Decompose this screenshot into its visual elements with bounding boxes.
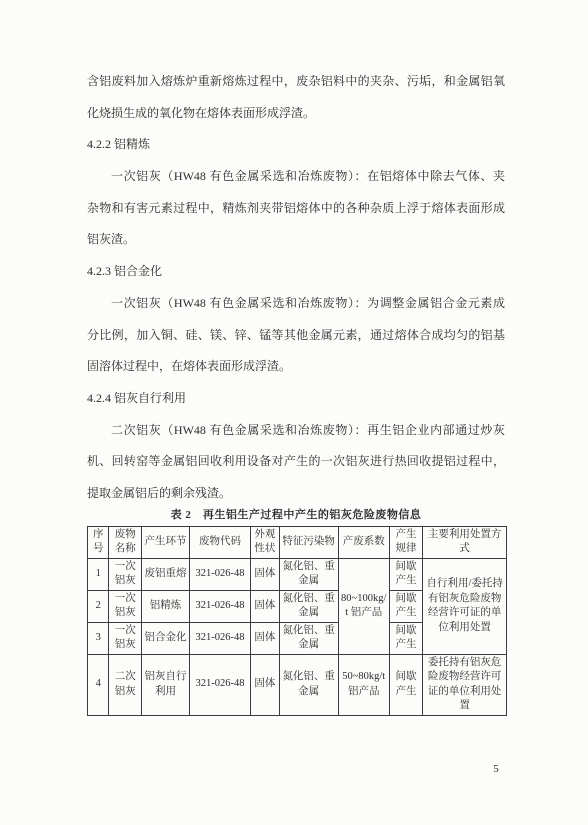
paragraph-line: 铝灰渣。 (87, 224, 505, 256)
table-cell: 固体 (251, 622, 280, 654)
table-cell: 321-026-48 (189, 558, 250, 590)
paragraph-line: 含铝废料加入熔炼炉重新熔炼过程中，废杂铝料中的夹杂、污垢，和金属铝氧 (87, 66, 505, 98)
table-cell: 321-026-48 (189, 590, 250, 622)
table-cell: 间歇产生 (389, 558, 423, 590)
table-cell: 321-026-48 (189, 622, 250, 654)
waste-info-table: 序 号 废物 名称 产生环节 废物代码 外观 性状 特征污染物 产废系数 产生 … (87, 526, 507, 716)
table-header-cell: 外观 性状 (251, 526, 280, 558)
table-cell-merged: 自行利用/委托持有铝灰危险废物经营许可证的单位利用处置 (423, 558, 507, 654)
table-cell: 固体 (251, 654, 280, 715)
table-cell: 间歇产生 (389, 590, 423, 622)
table-cell: 铝精炼 (142, 590, 190, 622)
paragraph-line: 提取金属铝后的剩余残渣。 (87, 478, 505, 510)
page-content: 含铝废料加入熔炼炉重新熔炼过程中，废杂铝料中的夹杂、污垢，和金属铝氧 化烧损生成… (87, 66, 505, 716)
table-cell: 一次铝灰 (109, 558, 142, 590)
table-cell: 间歇产生 (389, 622, 423, 654)
table-header-cell: 废物 名称 (109, 526, 142, 558)
paragraph-line: 一次铝灰（HW48 有色金属采选和冶炼废物）：为调整金属铝合金元素成 (87, 288, 505, 320)
document-page: 含铝废料加入熔炼炉重新熔炼过程中，废杂铝料中的夹杂、污垢，和金属铝氧 化烧损生成… (0, 0, 588, 825)
table-header-cell: 废物代码 (189, 526, 250, 558)
table-cell: 一次铝灰 (109, 590, 142, 622)
table-cell: 二次铝灰 (109, 654, 142, 715)
paragraph-line: 机、回转窑等金属铝回收利用设备对产生的一次铝灰进行热回收提铝过程中， (87, 446, 505, 478)
table-cell: 固体 (251, 558, 280, 590)
table-header-cell: 主要利用处置方式 (423, 526, 507, 558)
table-cell: 321-026-48 (189, 654, 250, 715)
section-heading-4-2-2: 4.2.2 铝精炼 (87, 129, 505, 161)
section-heading-4-2-3: 4.2.3 铝合金化 (87, 256, 505, 288)
table-cell: 2 (88, 590, 109, 622)
paragraph-line: 分比例，加入铜、硅、镁、锌、锰等其他金属元素，通过熔体合成均匀的铝基 (87, 320, 505, 352)
paragraph-line: 化烧损生成的氧化物在熔体表面形成浮渣。 (87, 98, 505, 130)
table-header-cell: 产废系数 (338, 526, 389, 558)
table-cell: 间歇产生 (389, 654, 423, 715)
paragraph-line: 杂物和有害元素过程中，精炼剂夹带铝熔体中的各种杂质上浮于熔体表面形成 (87, 193, 505, 225)
page-number: 5 (476, 763, 516, 775)
section-heading-4-2-4: 4.2.4 铝灰自行利用 (87, 383, 505, 415)
table-header-cell: 产生 规律 (389, 526, 423, 558)
table-cell: 氮化铝、重金属 (279, 654, 338, 715)
table-header-row: 序 号 废物 名称 产生环节 废物代码 外观 性状 特征污染物 产废系数 产生 … (88, 526, 507, 558)
table-caption: 表 2 再生铝生产过程中产生的铝灰危险废物信息 (87, 508, 505, 522)
table-row: 1 一次铝灰 废铝重熔 321-026-48 固体 氮化铝、重金属 80~100… (88, 558, 507, 590)
table-header-cell: 序 号 (88, 526, 109, 558)
table-cell: 氮化铝、重金属 (279, 558, 338, 590)
table-cell: 铝灰自行利用 (142, 654, 190, 715)
table-cell: 氮化铝、重金属 (279, 590, 338, 622)
table-row: 4 二次铝灰 铝灰自行利用 321-026-48 固体 氮化铝、重金属 50~8… (88, 654, 507, 715)
table-cell: 4 (88, 654, 109, 715)
paragraph-line: 二次铝灰（HW48 有色金属采选和冶炼废物）：再生铝企业内部通过炒灰 (87, 415, 505, 447)
table-cell: 铝合金化 (142, 622, 190, 654)
table-cell: 一次铝灰 (109, 622, 142, 654)
table-cell: 固体 (251, 590, 280, 622)
table-cell: 废铝重熔 (142, 558, 190, 590)
table-header-cell: 产生环节 (142, 526, 190, 558)
table-cell: 氮化铝、重金属 (279, 622, 338, 654)
paragraph-line: 固溶体过程中，在熔体表面形成浮渣。 (87, 351, 505, 383)
table-cell: 1 (88, 558, 109, 590)
table-cell: 50~80kg/t 铝产品 (338, 654, 389, 715)
table-cell-merged: 80~100kg/t 铝产品 (338, 558, 389, 654)
paragraph-line: 一次铝灰（HW48 有色金属采选和冶炼废物）：在铝熔体中除去气体、夹 (87, 161, 505, 193)
table-header-cell: 特征污染物 (279, 526, 338, 558)
table-cell: 3 (88, 622, 109, 654)
table-cell: 委托持有铝灰危险废物经营许可证的单位利用处置 (423, 654, 507, 715)
